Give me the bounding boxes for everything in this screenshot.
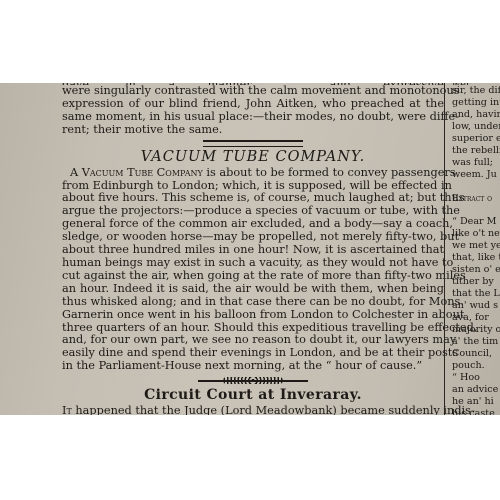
article-line: A Vacuum Tube Company is about to be for…: [62, 167, 444, 180]
article-line: in the Parliament-House next morning, at…: [62, 360, 444, 373]
ornamental-divider: [198, 378, 308, 384]
lead-small-caps: A Vacuum Tube Company: [70, 166, 203, 179]
article-body-vacuum-tube: A Vacuum Tube Company is about to be for…: [62, 167, 444, 374]
article-line: Garnerin once went in his balloon from L…: [62, 309, 444, 322]
article-line: It happened that the Judge (Lord Meadowb…: [62, 405, 444, 415]
article-title-vacuum-tube: VACUUM TUBE COMPANY.: [62, 149, 444, 166]
intro-line: were singularly contrasted with the calm…: [62, 85, 444, 98]
article-title-circuit-court: Circuit Court at Inveraray.: [62, 387, 444, 404]
right-letter-paragraph: “ Dear M like o't ne we met ye that, lik…: [452, 216, 500, 415]
ornament-knot-icon: [223, 377, 283, 384]
article-line: human beings may exist in such a vacuity…: [62, 257, 444, 270]
article-line: an hour. Indeed it is said, the air woul…: [62, 283, 444, 296]
lead-small-caps: It: [62, 404, 72, 415]
intro-line: rent; their motive the same.: [62, 124, 444, 137]
article-line: cut against the air, when going at the r…: [62, 270, 444, 283]
intro-line: same moment, in his usual place:—their m…: [62, 111, 444, 124]
double-rule-divider: [203, 140, 303, 147]
intro-paragraph: were singularly contrasted with the calm…: [62, 85, 444, 137]
main-column: gave, in a manner, ... and expressive we…: [62, 83, 444, 415]
right-subhead: Extract o: [452, 193, 500, 205]
right-column: wer... sir, the diffi getting into and, …: [452, 83, 500, 415]
right-top-paragraph: sir, the diffi getting into and, having …: [452, 85, 500, 181]
article-line: thus whisked along; and in that case the…: [62, 296, 444, 309]
column-rule: [444, 83, 445, 415]
intro-line: expression of our blind friend, John Ait…: [62, 98, 444, 111]
article-body-circuit-court: It happened that the Judge (Lord Meadowb…: [62, 405, 444, 415]
newspaper-page-photo: gave, in a manner, ... and expressive we…: [0, 83, 500, 415]
